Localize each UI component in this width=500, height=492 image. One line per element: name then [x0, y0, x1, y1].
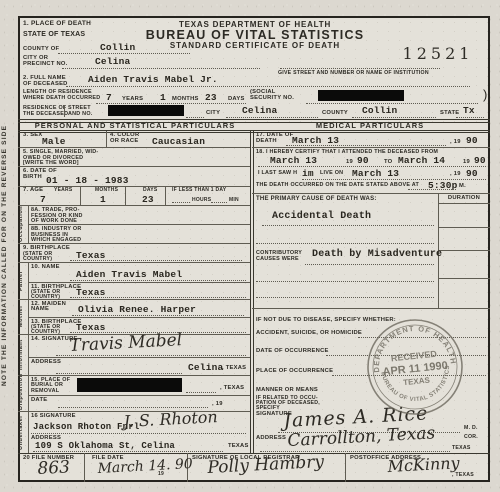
residence-county-value: Collin: [362, 106, 397, 116]
residence-of-label-2: THE DECEASED: [23, 112, 68, 117]
undertaker-address-value: 109 S Oklahoma St, Celina: [35, 442, 175, 451]
divider: [456, 117, 484, 118]
age-months-header: MONTHS: [95, 188, 118, 193]
divider: [28, 224, 250, 225]
ssn-label-2: SECURITY NO.: [250, 96, 294, 102]
divider: [345, 453, 346, 482]
divider: [18, 166, 250, 167]
divider: [438, 250, 490, 251]
divider: [84, 453, 85, 482]
street-label-2: AND NO.: [68, 112, 93, 117]
divider: [64, 105, 65, 117]
place-of-occurrence-label: PLACE OF OCCURRENCE: [256, 369, 333, 375]
divider: [28, 334, 29, 375]
sex-label: 3. SEX: [23, 133, 43, 139]
divider: [62, 68, 260, 69]
informant-address-label: ADDRESS: [31, 360, 61, 366]
undertaker-group-label: Undertaker: [19, 412, 28, 452]
sex-value: Male: [42, 137, 66, 147]
divider: [306, 103, 478, 104]
father-group-label: Father: [19, 263, 28, 298]
state-of-texas-label: STATE OF TEXAS: [23, 31, 85, 38]
residence-state-value: Tx: [463, 106, 475, 116]
divider: [70, 260, 242, 261]
death-occurred-m-label: M.: [459, 184, 466, 190]
residence-county-label: COUNTY: [322, 111, 348, 117]
street-redaction-box: [108, 105, 184, 116]
to-19-label: 19: [463, 160, 470, 166]
dob-label-2: BIRTH: [23, 175, 42, 181]
residence-days-value: 23: [205, 93, 217, 103]
physician-address-state: TEXAS: [452, 446, 471, 451]
divider: [18, 205, 250, 206]
divider: [18, 147, 250, 148]
divider: [33, 451, 223, 452]
divider: [28, 395, 250, 396]
to-year-value: 90: [474, 156, 486, 166]
divider: [56, 373, 182, 374]
divider: [186, 392, 216, 393]
last-saw-label-2: LIVE ON: [320, 171, 343, 176]
contributory-cause-value: Death by Misadventure: [312, 250, 442, 260]
undertaker-address-state: TEXAS: [228, 444, 249, 450]
divider: [18, 262, 250, 263]
divider: [186, 117, 204, 118]
to-label: TO: [384, 160, 392, 166]
divider: [286, 145, 446, 146]
date-of-death-year: 90: [466, 136, 478, 146]
informant-address-city: Celina: [188, 363, 223, 373]
last-saw-label-1: I LAST SAW H: [258, 171, 297, 176]
divider: [252, 147, 490, 148]
father-name-value: Aiden Travis Mabel: [76, 270, 182, 280]
city-value: Celina: [95, 57, 130, 67]
mother-group-label: Mother: [19, 300, 28, 333]
county-value: Collin: [100, 43, 135, 53]
days-label: DAYS: [228, 97, 245, 103]
physician-address-label: ADDRESS: [256, 436, 286, 442]
informant-address-state: , TEXAS: [222, 366, 246, 372]
divider: [256, 281, 434, 282]
divider: [165, 186, 166, 205]
divider: [256, 297, 434, 298]
residence-state-label: STATE: [440, 111, 459, 117]
divider: [172, 202, 190, 203]
divider: [18, 243, 250, 244]
primary-cause-value: Accidental Death: [272, 212, 371, 222]
divider: [125, 186, 126, 205]
divider: [226, 117, 318, 118]
accident-suicide-homicide-label: ACCIDENT, SUICIDE, OR HOMICIDE: [256, 331, 362, 337]
divider: [28, 357, 250, 358]
residence-years-value: 7: [106, 93, 112, 103]
burial-place-redaction-box: [77, 378, 182, 392]
file-date-19-label: 19: [158, 472, 164, 477]
city-label-2: PRECINCT NO.: [23, 62, 68, 68]
closing-paren: ): [483, 88, 488, 101]
last-saw-19: , 19: [450, 172, 461, 178]
maiden-name-label-2: NAME: [31, 307, 49, 313]
death-occurred-label: THE DEATH OCCURRED ON THE DATE STATED AB…: [256, 183, 419, 188]
certificate-serial-number: 12521: [398, 44, 478, 63]
death-certificate-scan: NOTE THE INFORMATION CALLED FOR ON THE R…: [0, 0, 500, 492]
father-name-label: 10. NAME: [31, 265, 60, 271]
divider: [438, 278, 490, 279]
min-label: MIN: [229, 198, 239, 203]
manner-or-means-label: MANNER OR MEANS: [256, 388, 318, 394]
divider: [18, 130, 490, 134]
divider: [18, 375, 250, 376]
divider: [66, 86, 470, 87]
residence-city-label: CITY: [206, 111, 220, 117]
divider: [280, 68, 440, 69]
age-months-value: 1: [100, 195, 106, 205]
divider: [211, 202, 227, 203]
last-saw-fill: im: [302, 169, 314, 179]
stamp-state-text: TEXAS: [403, 375, 431, 387]
md-label: M. D.: [464, 426, 478, 431]
place-of-death-label: 1. PLACE OF DEATH: [23, 21, 91, 28]
postoffice-address-script: McKinny: [387, 455, 460, 475]
age-years-value: 7: [40, 195, 46, 205]
age-days-value: 23: [142, 195, 154, 205]
cor-label: COR.: [464, 435, 478, 440]
institution-note: GIVE STREET AND NUMBER OR NAME OF INSTIT…: [278, 71, 429, 76]
margin-note: NOTE THE INFORMATION CALLED FOR ON THE R…: [2, 95, 15, 415]
attended-to-value: March 14: [398, 156, 445, 166]
divider: [256, 243, 434, 244]
divider: [56, 355, 246, 356]
divider: [262, 225, 434, 226]
divider: [252, 193, 490, 194]
from-19-label: 19: [346, 160, 353, 166]
divider: [438, 227, 490, 228]
last-saw-date: March 13: [352, 169, 399, 179]
burial-label-3: REMOVAL: [31, 389, 59, 394]
divider: [72, 315, 244, 316]
divider: [258, 166, 486, 167]
informant-group-label: Informant: [19, 335, 28, 374]
dob-value: 01 - 18 - 1983: [46, 176, 129, 186]
date-of-death-19: , 19: [450, 140, 461, 146]
residence-city-value: Celina: [242, 106, 277, 116]
divider: [70, 280, 246, 281]
divider: [438, 203, 490, 204]
months-label: MONTHS: [172, 97, 199, 103]
divider: [28, 317, 250, 318]
divider: [352, 117, 436, 118]
divider: [96, 103, 246, 104]
full-name-label-2: OF DECEASED: [23, 82, 68, 88]
primary-cause-label: THE PRIMARY CAUSE OF DEATH WAS:: [256, 196, 377, 202]
received-stamp: DEPARTMENT OF HEALTH BUREAU OF VITAL STA…: [355, 307, 476, 428]
divider: [408, 189, 456, 190]
divider: [28, 282, 250, 283]
date-of-occurrence-label: DATE OF OCCURRENCE: [256, 349, 329, 355]
hours-label: HOURS: [192, 198, 211, 203]
bureau-title: BUREAU OF VITAL STATISTICS: [120, 29, 390, 42]
age-label: 7. AGE: [23, 188, 43, 194]
certificate-subtitle: STANDARD CERTIFICATE OF DEATH: [150, 42, 360, 50]
divider: [305, 264, 434, 265]
divider: [31, 433, 246, 434]
contributory-label-2: CAUSES WERE: [256, 257, 299, 262]
age-years-header: YEARS: [54, 188, 72, 193]
undertaker-signature-label: 16 SIGNATURE: [31, 414, 76, 420]
divider: [250, 131, 254, 453]
divider: [18, 453, 490, 454]
maiden-name-value: Olivia Renee. Harper: [78, 305, 196, 315]
age-days-header: DAYS: [143, 188, 157, 193]
divider: [80, 186, 81, 205]
divider: [70, 297, 246, 298]
divider: [28, 262, 29, 299]
race-value: Caucasian: [152, 137, 205, 147]
from-year-value: 90: [357, 156, 369, 166]
years-label: YEARS: [122, 97, 143, 103]
duration-header: DURATION: [438, 196, 490, 202]
divider: [302, 179, 486, 180]
related-occupation-label-3: SPECIFY: [256, 406, 280, 411]
county-label: COUNTY OF: [23, 47, 59, 53]
age-less-than-day-header: IF LESS THAN 1 DAY: [172, 188, 226, 193]
divider: [106, 131, 107, 147]
divider: [260, 451, 450, 452]
date-of-death-label-2: DEATH: [256, 139, 277, 145]
race-label-2: OR RACE: [110, 139, 138, 145]
occupation-group-label: Occupation: [19, 206, 28, 242]
full-name-value: Aiden Travis Mabel Jr.: [88, 75, 218, 85]
burial-state-label: , TEXAS: [220, 386, 244, 392]
personal-section-title: PERSONAL AND STATISTICAL PARTICULARS: [28, 122, 242, 130]
residence-length-label-2: WHERE DEATH OCCURRED: [23, 96, 100, 101]
medical-section-title: MEDICAL PARTICULARS: [252, 122, 488, 130]
disposition-group-label: Disposition: [19, 376, 28, 410]
last-saw-year: 90: [466, 169, 478, 179]
divider: [18, 299, 250, 300]
divider: [28, 411, 29, 453]
divider: [28, 375, 29, 411]
file-number-script: 863: [37, 459, 70, 478]
burial-date-label: DATE: [31, 398, 47, 404]
postoffice-state-label: , TEXAS: [452, 473, 474, 478]
attended-from-value: March 13: [270, 156, 317, 166]
ssn-redaction-box: [318, 90, 404, 101]
divider: [58, 53, 190, 54]
residence-months-value: 1: [160, 93, 166, 103]
